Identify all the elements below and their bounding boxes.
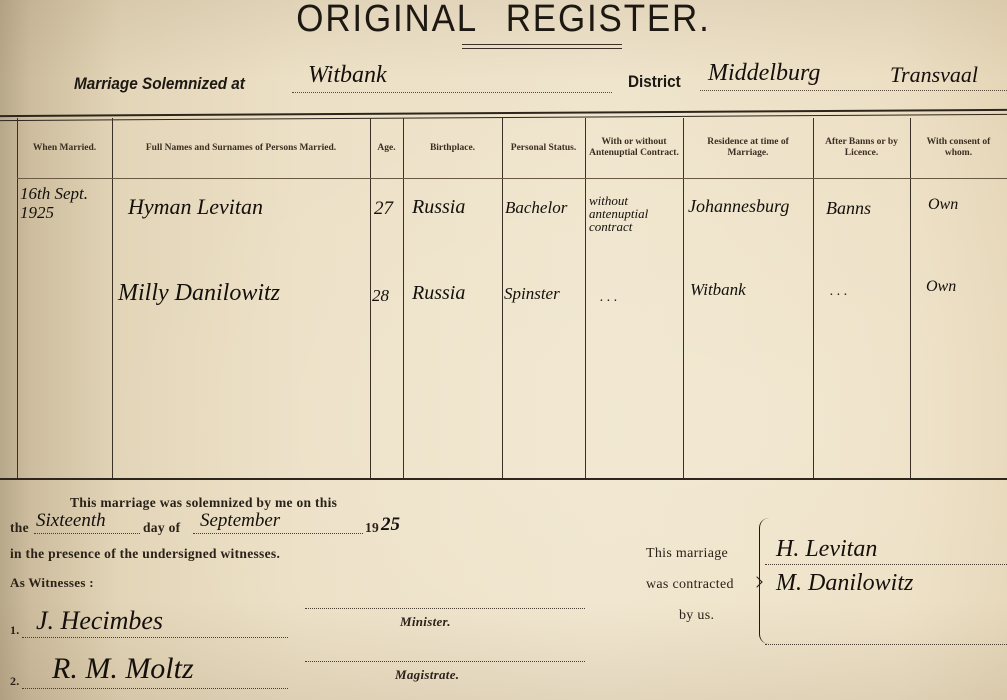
cell-age: 27: [374, 198, 393, 220]
cell-antenuptial-contract: . . .: [600, 290, 618, 306]
cell-birthplace: Russia: [412, 282, 465, 305]
party-1-signature: H. Levitan: [776, 536, 877, 563]
solemnized-by-statement: This marriage was solemnized by me on th…: [70, 495, 337, 511]
witness-2-signature: R. M. Moltz: [52, 652, 194, 686]
column-header-personal-status: Personal Status.: [502, 118, 585, 178]
witness-1-line: [22, 637, 288, 638]
minister-label: Minister.: [400, 614, 451, 630]
party-1-signature-line: [765, 564, 1007, 565]
title-word-original: ORIGINAL: [296, 0, 478, 40]
cell-name: Hyman Levitan: [128, 194, 263, 220]
column-header-age: Age.: [370, 118, 403, 178]
cell-residence: Johannesburg: [688, 196, 789, 217]
header-underline: [17, 178, 112, 179]
column-header-full-names: Full Names and Surnames of Persons Marri…: [112, 118, 370, 178]
witness-2-line: [22, 688, 288, 689]
cell-personal-status: Bachelor: [505, 198, 567, 218]
contracted-line-3: by us.: [679, 608, 714, 624]
column-header-consent: With consent of whom.: [910, 118, 1007, 178]
cell-consent: Own: [928, 196, 958, 214]
month-dotted-line: [193, 533, 363, 534]
column-header-residence: Residence at time of Marriage.: [683, 118, 813, 178]
column-header-banns-or-licence: After Banns or by Licence.: [813, 118, 910, 178]
page-title: ORIGINALREGISTER.: [40, 0, 966, 41]
column-header-birthplace: Birthplace.: [403, 118, 502, 178]
contracted-line-1: This marriage: [646, 546, 728, 562]
witnesses-label: As Witnesses :: [10, 575, 94, 591]
district-handwritten: Middelburg: [708, 60, 820, 87]
witness-2-number: 2.: [10, 674, 20, 689]
cell-residence: Witbank: [690, 280, 746, 300]
witnesses-presence-statement: in the presence of the undersigned witne…: [10, 546, 280, 562]
cell-name: Milly Danilowitz: [118, 280, 280, 307]
cell-banns-or-licence: Banns: [826, 198, 871, 219]
contracted-line-2: was contracted: [646, 577, 734, 593]
month-handwritten: September: [200, 510, 280, 532]
cell-birthplace: Russia: [412, 196, 465, 219]
solemnized-at-dotted-line: [292, 92, 612, 93]
table-bottom-rule: [0, 478, 1007, 480]
district-dotted-line: [700, 90, 1007, 91]
solemnized-place-handwritten: Witbank: [308, 62, 387, 89]
party-2-signature: M. Danilowitz: [776, 570, 913, 597]
header-underline: [585, 178, 683, 179]
header-underline: [403, 178, 502, 179]
year-prefix: 19: [365, 520, 379, 536]
magistrate-label: Magistrate.: [395, 667, 459, 683]
cell-personal-status: Spinster: [504, 284, 560, 304]
header-underline: [813, 178, 910, 179]
header-underline: [910, 178, 1007, 179]
minister-signature-line: [305, 608, 585, 609]
cell-antenuptial-contract: without antenuptial contract: [589, 194, 681, 233]
column-header-antenuptial-contract: With or without Antenuptial Contract.: [585, 118, 683, 178]
the-label: the: [10, 520, 29, 536]
day-dotted-line: [34, 533, 140, 534]
header-underline: [112, 178, 370, 179]
witness-1-signature: J. Hecimbes: [36, 606, 163, 636]
magistrate-signature-line: [305, 661, 585, 662]
year-handwritten: 25: [381, 514, 400, 536]
solemnized-at-label: Marriage Solemnized at: [74, 74, 245, 94]
header-underline: [370, 178, 403, 179]
column-header-when-married: When Married.: [17, 118, 112, 178]
province-handwritten: Transvaal: [890, 62, 978, 88]
cell-when-married: 16th Sept. 1925: [20, 184, 110, 222]
day-handwritten: Sixteenth: [36, 510, 106, 532]
witness-1-number: 1.: [10, 623, 20, 638]
party-2-signature-line: [765, 644, 1007, 645]
title-word-register: REGISTER.: [506, 0, 711, 40]
header-underline: [502, 178, 585, 179]
cell-banns-or-licence: . . .: [830, 284, 848, 300]
cell-age: 28: [372, 286, 389, 306]
day-of-label: day of: [143, 520, 180, 536]
district-label: District: [628, 72, 681, 92]
title-double-rule: [462, 44, 622, 49]
cell-consent: Own: [926, 278, 956, 296]
header-underline: [683, 178, 813, 179]
